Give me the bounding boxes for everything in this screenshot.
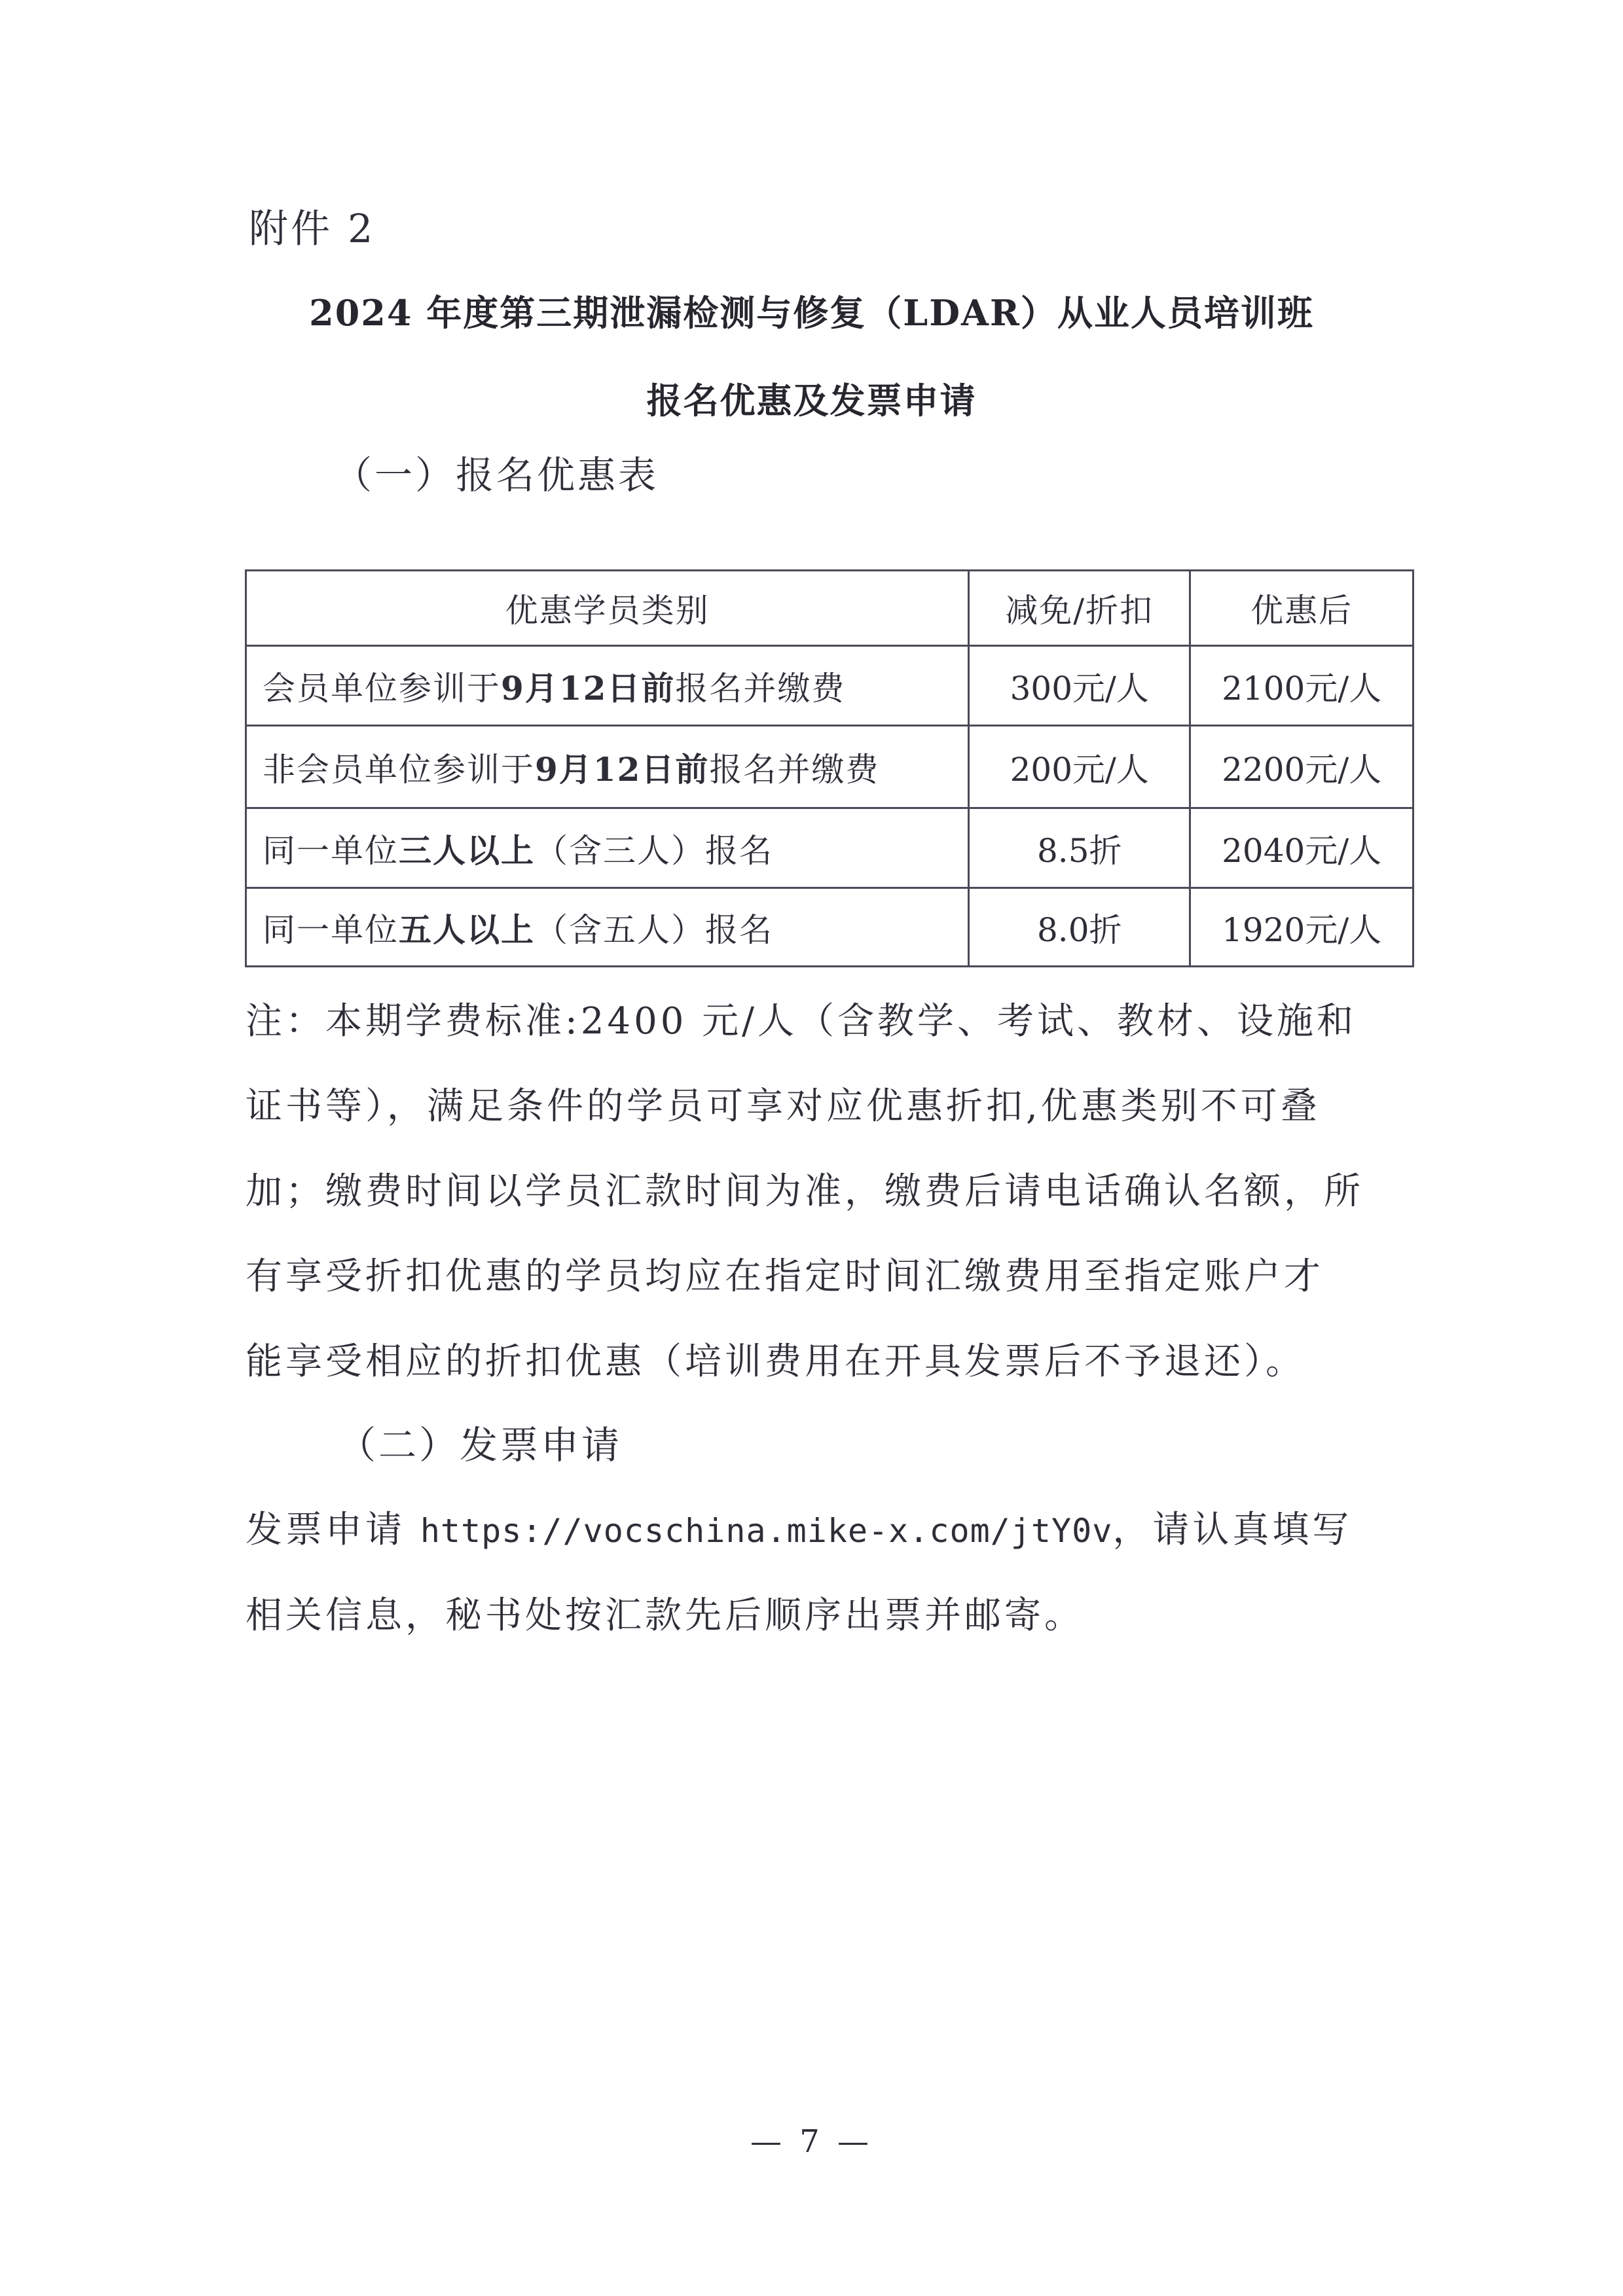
category-cell: 非会员单位参训于9月12日前报名并缴费 bbox=[246, 726, 969, 808]
price-after-cell: 2200元/人 bbox=[1190, 726, 1413, 808]
discount-cell: 8.5折 bbox=[969, 808, 1190, 888]
section-heading-discount-table: （一）报名优惠表 bbox=[334, 450, 659, 500]
discount-cell: 200元/人 bbox=[969, 726, 1190, 808]
table-row: 同一单位三人以上（含三人）报名 8.5折 2040元/人 bbox=[246, 808, 1413, 888]
section-heading-invoice: （二）发票申请 bbox=[338, 1420, 622, 1470]
header-discount: 减免/折扣 bbox=[969, 571, 1190, 646]
price-after-cell: 2100元/人 bbox=[1190, 646, 1413, 726]
category-emphasis: 三人以上 bbox=[399, 831, 535, 870]
note-line: 能享受相应的折扣优惠（培训费用在开具发票后不予退还）。 bbox=[246, 1319, 1381, 1405]
document-subtitle: 报名优惠及发票申请 bbox=[0, 376, 1623, 425]
category-text: 报名并缴费 bbox=[675, 670, 845, 708]
header-price-after: 优惠后 bbox=[1190, 571, 1413, 646]
table-header-row: 优惠学员类别 减免/折扣 优惠后 bbox=[246, 571, 1413, 646]
category-text: 非会员单位参训于 bbox=[263, 751, 535, 789]
discount-cell: 300元/人 bbox=[969, 646, 1190, 726]
attachment-label: 附件 2 bbox=[249, 204, 375, 254]
category-text: 会员单位参训于 bbox=[263, 670, 501, 708]
document-title: 2024 年度第三期泄漏检测与修复（LDAR）从业人员培训班 bbox=[0, 288, 1623, 338]
category-emphasis: 9月12日前 bbox=[535, 750, 709, 789]
discount-cell: 8.0折 bbox=[969, 888, 1190, 967]
category-text: 同一单位 bbox=[263, 832, 399, 870]
invoice-paragraph: 发票申请 https://vocschina.mike-x.com/jtY0v，… bbox=[246, 1488, 1381, 1659]
price-after-cell: 1920元/人 bbox=[1190, 888, 1413, 967]
category-text: （含三人）报名 bbox=[535, 832, 773, 870]
table-row: 会员单位参训于9月12日前报名并缴费 300元/人 2100元/人 bbox=[246, 646, 1413, 726]
category-cell: 同一单位五人以上（含五人）报名 bbox=[246, 888, 969, 967]
price-after-cell: 2040元/人 bbox=[1190, 808, 1413, 888]
invoice-link[interactable]: https://vocschina.mike-x.com/jtY0v bbox=[420, 1512, 1113, 1550]
table-row: 同一单位五人以上（含五人）报名 8.0折 1920元/人 bbox=[246, 888, 1413, 967]
discount-table: 优惠学员类别 减免/折扣 优惠后 会员单位参训于9月12日前报名并缴费 300元… bbox=[245, 569, 1414, 967]
table-row: 非会员单位参训于9月12日前报名并缴费 200元/人 2200元/人 bbox=[246, 726, 1413, 808]
category-emphasis: 五人以上 bbox=[399, 910, 535, 949]
invoice-line: 发票申请 https://vocschina.mike-x.com/jtY0v，… bbox=[246, 1488, 1381, 1573]
category-text: 报名并缴费 bbox=[709, 751, 879, 789]
header-category: 优惠学员类别 bbox=[246, 571, 969, 646]
invoice-prefix: 发票申请 bbox=[246, 1509, 420, 1551]
note-line: 有享受折扣优惠的学员均应在指定时间汇缴费用至指定账户才 bbox=[246, 1234, 1381, 1319]
category-cell: 同一单位三人以上（含三人）报名 bbox=[246, 808, 969, 888]
invoice-suffix: ，请认真填写 bbox=[1112, 1509, 1352, 1551]
invoice-line: 相关信息，秘书处按汇款先后顺序出票并邮寄。 bbox=[246, 1573, 1381, 1659]
category-cell: 会员单位参训于9月12日前报名并缴费 bbox=[246, 646, 969, 726]
category-emphasis: 9月12日前 bbox=[501, 669, 675, 708]
note-line: 加；缴费时间以学员汇款时间为准，缴费后请电话确认名额，所 bbox=[246, 1149, 1381, 1234]
category-text: （含五人）报名 bbox=[535, 911, 773, 949]
note-line: 注：本期学费标准:2400 元/人（含教学、考试、教材、设施和 bbox=[246, 979, 1381, 1064]
fee-note-paragraph: 注：本期学费标准:2400 元/人（含教学、考试、教材、设施和 证书等），满足条… bbox=[246, 979, 1381, 1405]
category-text: 同一单位 bbox=[263, 911, 399, 949]
note-line: 证书等），满足条件的学员可享对应优惠折扣,优惠类别不可叠 bbox=[246, 1064, 1381, 1149]
page-number: — 7 — bbox=[0, 2122, 1623, 2161]
